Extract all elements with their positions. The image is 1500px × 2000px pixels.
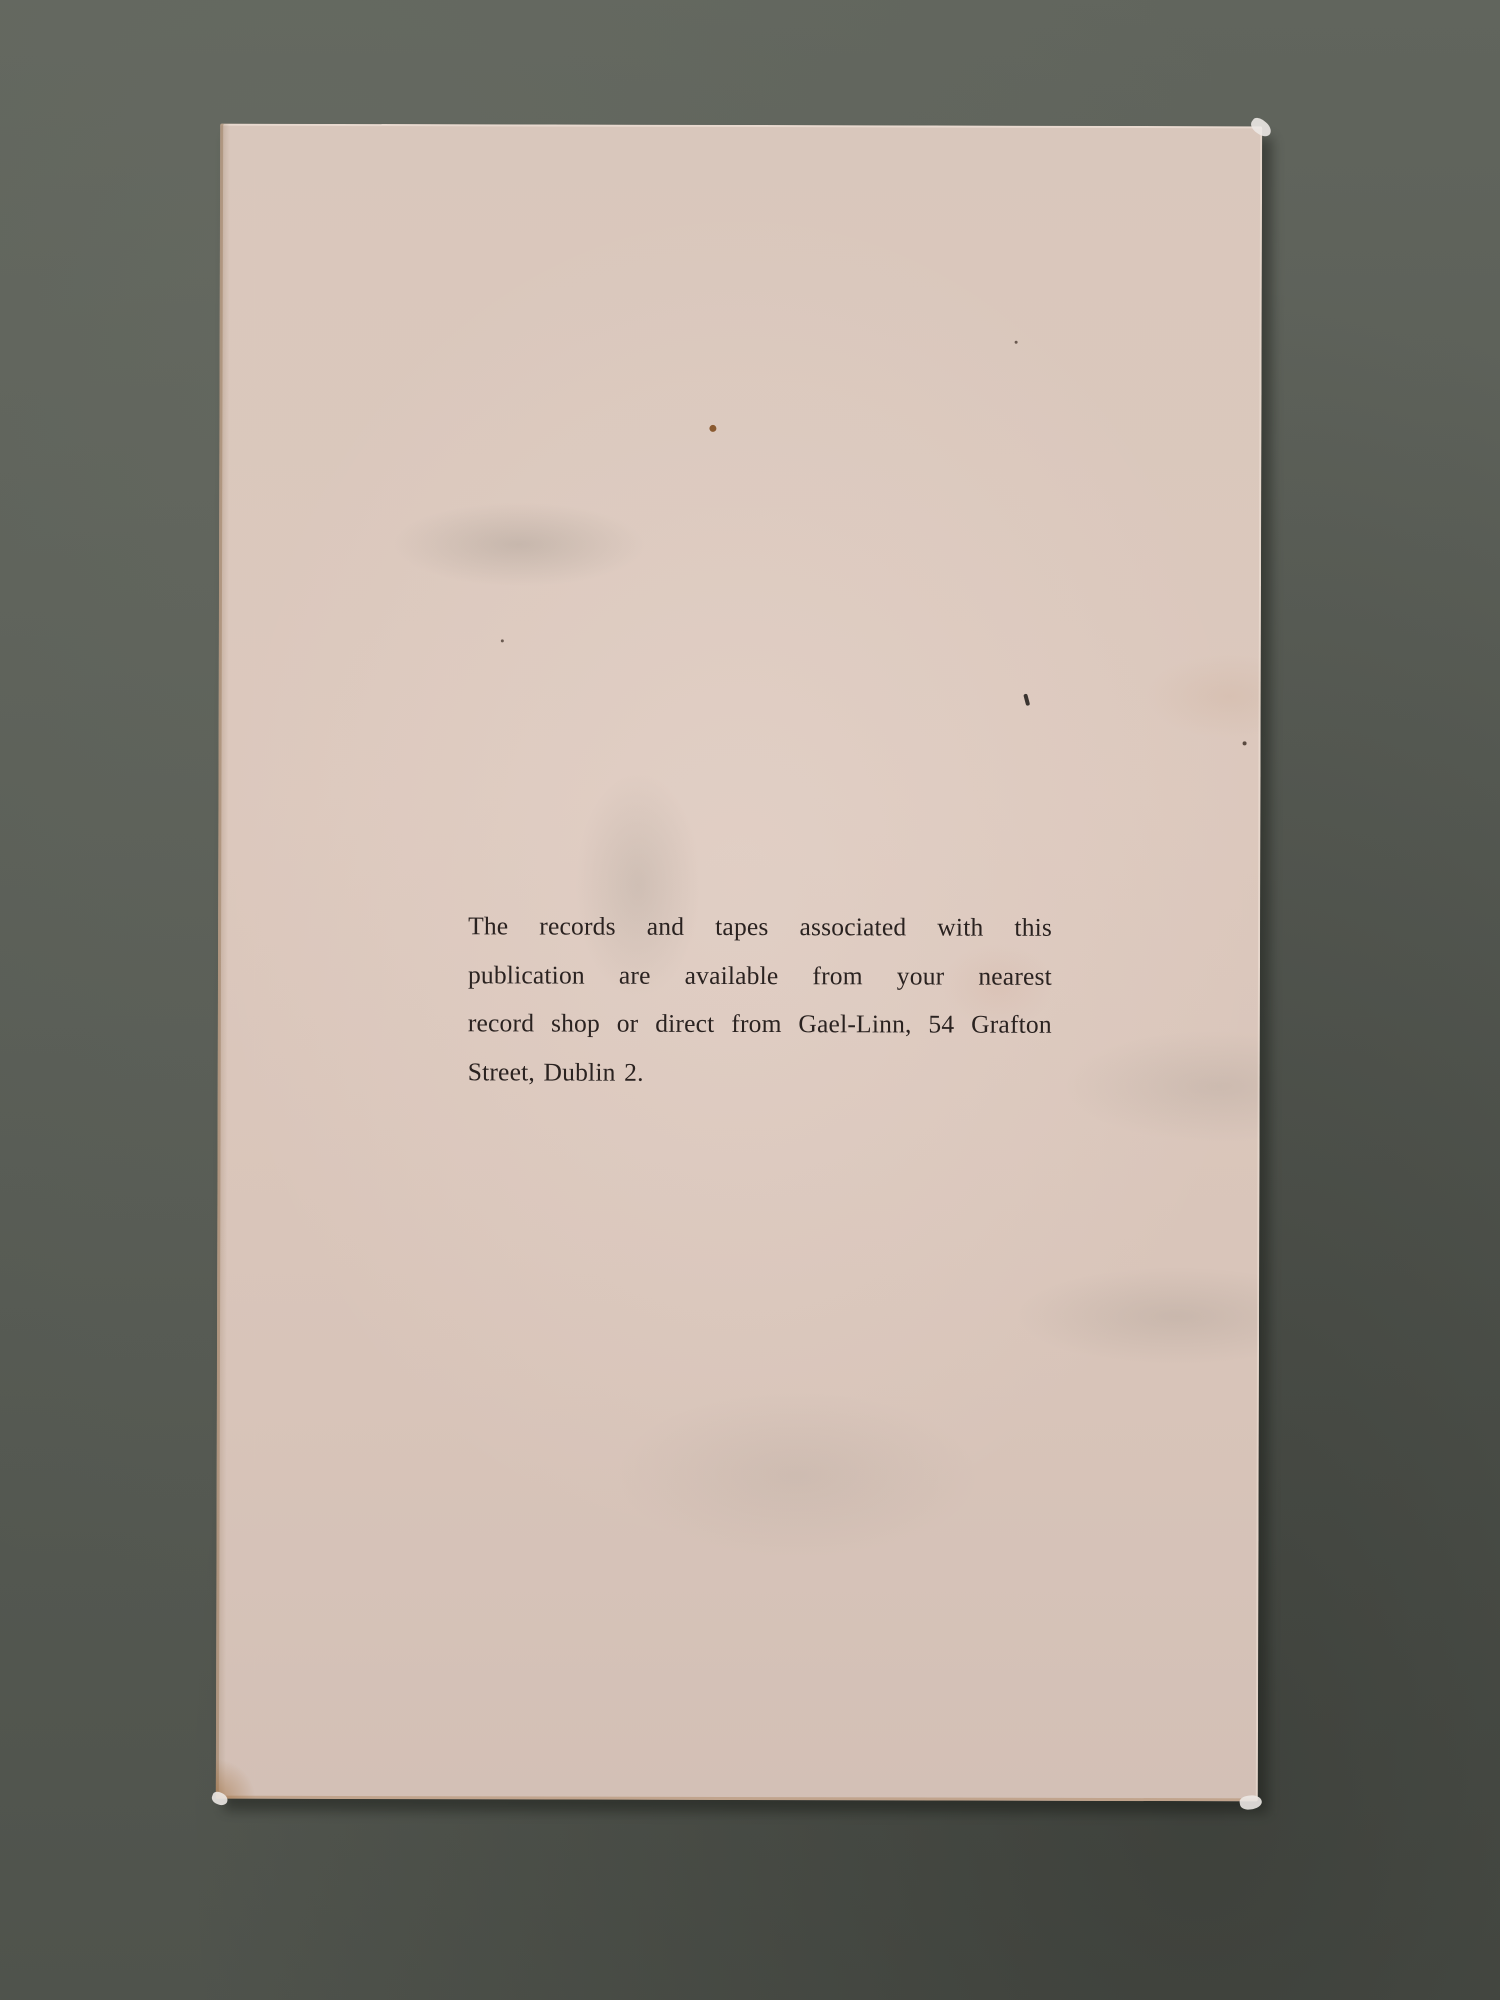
availability-notice: The records and tapes associated with th… xyxy=(468,902,1053,1098)
foxing-spot xyxy=(1015,341,1018,344)
notice-line: record shop or direct from Gael-Linn, 54… xyxy=(468,999,1052,1049)
foxing-spot xyxy=(501,639,504,642)
notice-line: publication are available from your near… xyxy=(468,951,1052,1001)
book-back-cover: The records and tapes associated with th… xyxy=(216,124,1262,1802)
foxing-spot xyxy=(1023,693,1030,706)
spine-edge xyxy=(216,124,230,1799)
notice-line: The records and tapes associated with th… xyxy=(468,902,1052,952)
corner-wear-top-right xyxy=(1248,115,1274,139)
foxing-spot xyxy=(1243,741,1247,745)
foxing-spot xyxy=(709,425,716,432)
notice-line: Street, Dublin 2. xyxy=(468,1048,1052,1098)
